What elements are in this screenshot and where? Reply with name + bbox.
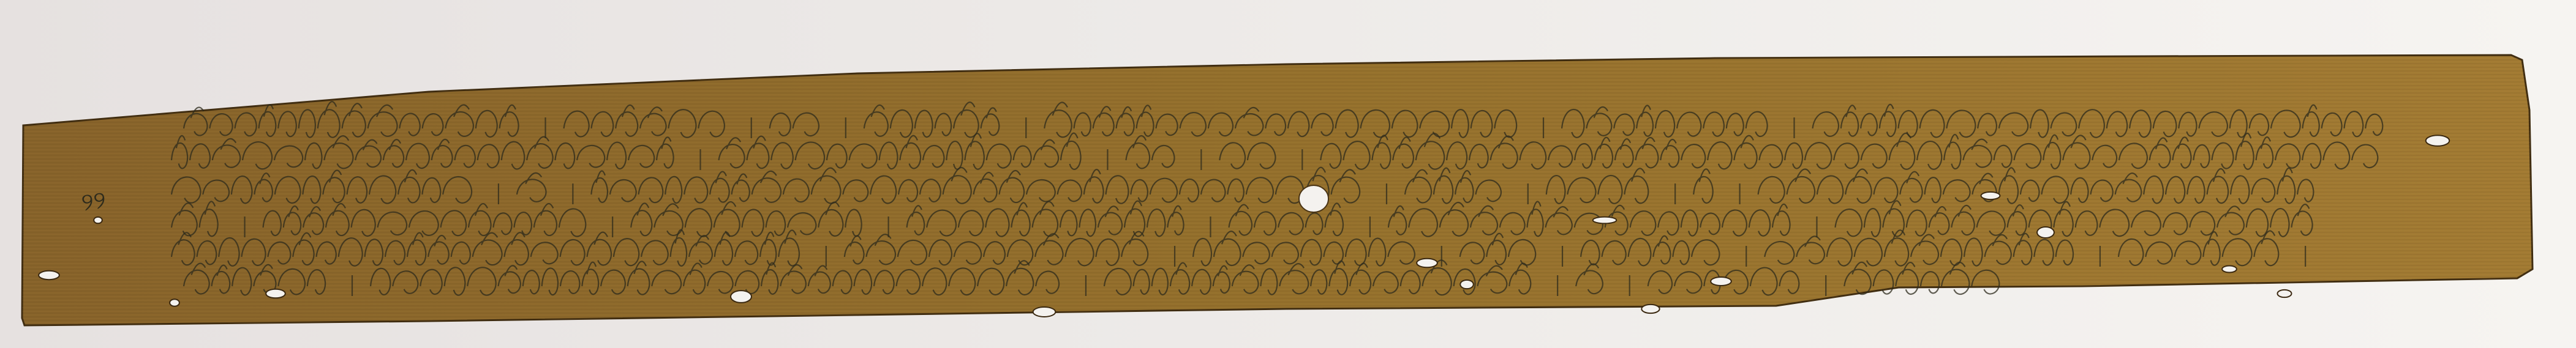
wormhole [2222,266,2237,273]
string-hole [1299,185,1328,212]
wormhole [94,217,102,224]
wormhole [731,291,751,303]
wormhole [2426,135,2450,146]
wormhole [1641,305,1659,313]
wormhole [1033,307,1056,317]
wormhole [1593,217,1617,224]
manuscript-scene: ୨୨ [0,0,2576,348]
wormhole [2277,290,2291,297]
wormhole [1460,280,1473,289]
wormhole [1417,259,1437,267]
wormhole [1981,192,2000,199]
wormhole [2037,227,2054,238]
wormhole [39,271,59,280]
wormhole [1711,277,1731,286]
wormhole [170,299,179,306]
wormhole [266,289,285,298]
margin-folio-number: ୨୨ [80,186,108,217]
